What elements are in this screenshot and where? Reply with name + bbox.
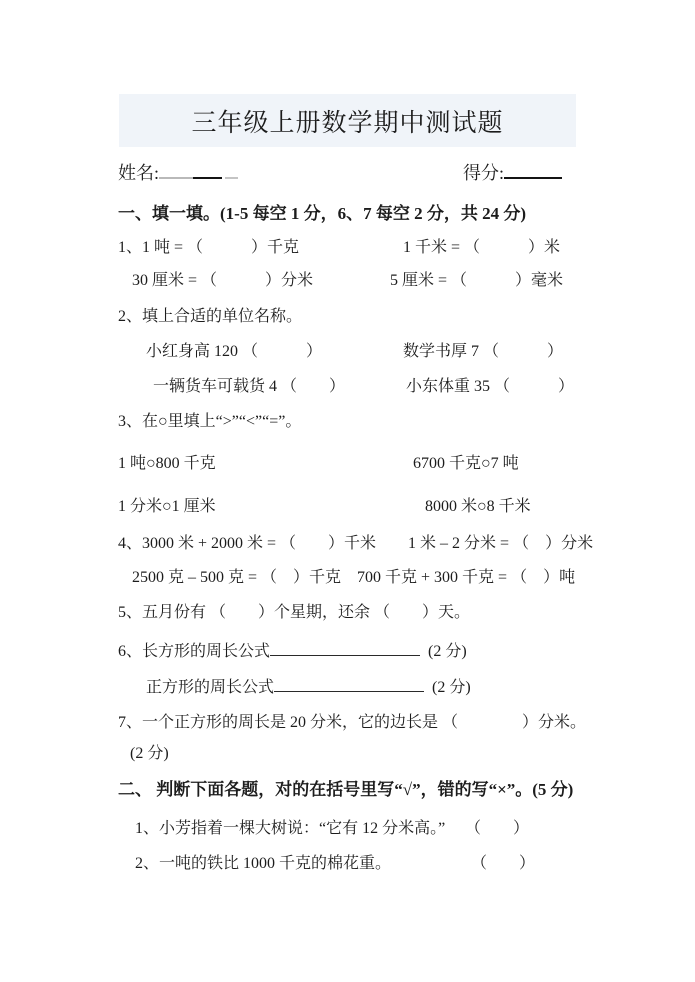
q6-line2-blank-line (274, 676, 424, 692)
q4-line2: 2500 克 – 500 克 = （ ）千克 700 千克 + 300 千克 =… (118, 567, 600, 591)
judge-item-2: 2、一吨的铁比 1000 千克的棉花重。 （ ） (118, 853, 603, 877)
q6-line2: 正方形的周长公式(2 分) (118, 676, 614, 700)
q6-line1-blank-line (270, 640, 420, 656)
name-score-row: 姓名: 得分: (118, 161, 586, 185)
q3-line1: 1 吨○800 千克 6700 千克○7 吨 (118, 453, 586, 477)
q6-line1-label: 6、长方形的周长公式 (118, 643, 270, 660)
page-title: 三年级上册数学期中测试题 (191, 103, 503, 139)
q6-line1-score: (2 分) (428, 643, 467, 660)
q1-line1: 1、1 吨 = （ ）千克 1 千米 = （ ）米 (118, 237, 586, 261)
q2-line2: 一辆货车可载货 4 （ ） 小东体重 35 （ ） (118, 376, 621, 400)
q5-stem: 5、五月份有 （ ）个星期，还余 （ ）天。 (118, 602, 586, 626)
q6-line2-label: 正方形的周长公式 (146, 679, 274, 696)
q2-line2-right: 小东体重 35 （ ） (406, 376, 574, 398)
q3-line2: 1 分米○1 厘米 8000 米○8 千米 (118, 496, 586, 520)
name-blank-line (159, 162, 193, 179)
q2-line1-right: 数学书厚 7 （ ） (403, 341, 563, 363)
judge-item-1: 1、小芳指着一棵大树说：“它有 12 分米高。” （ ） (118, 818, 603, 842)
test-paper-page: 三年级上册数学期中测试题 姓名: 得分: 一、填一填。(1-5 每空 1 分，6… (0, 0, 695, 982)
score-group: 得分: (463, 161, 562, 185)
title-box: 三年级上册数学期中测试题 (119, 94, 576, 147)
q7-stem: 7、一个正方形的周长是 20 分米，它的边长是 （ ）分米。 (118, 712, 586, 736)
q2-line1: 小红身高 120 （ ） 数学书厚 7 （ ） (118, 341, 614, 365)
section2-heading: 二、 判断下面各题，对的在括号里写“√”，错的写“×”。(5 分) (118, 779, 586, 803)
judge-item-1-bracket: （ ） (465, 818, 529, 840)
q1-line2-left: 30 厘米 = （ ）分米 (132, 272, 313, 289)
q6-line2-score: (2 分) (432, 679, 471, 696)
q6-line1: 6、长方形的周长公式(2 分) (118, 640, 586, 664)
name-blank-line-2 (193, 162, 222, 179)
score-label: 得分: (463, 163, 504, 183)
q1-line2: 30 厘米 = （ ）分米 5 厘米 = （ ）毫米 (118, 270, 600, 294)
q3-line2-right: 8000 米○8 千米 (425, 496, 531, 518)
judge-item-2-bracket: （ ） (471, 853, 535, 875)
q3-line1-left: 1 吨○800 千克 (118, 455, 216, 472)
score-blank-line (504, 162, 562, 179)
q1-line2-right: 5 厘米 = （ ）毫米 (390, 270, 563, 292)
q7-score: (2 分) (118, 743, 598, 767)
q3-line2-left: 1 分米○1 厘米 (118, 498, 216, 515)
q1-line1-left: 1、1 吨 = （ ）千克 (118, 239, 299, 256)
section1-heading: 一、填一填。(1-5 每空 1 分，6、7 每空 2 分，共 24 分) (118, 203, 586, 227)
q4-line1: 4、3000 米 + 2000 米 = （ ）千米 1 米 – 2 分米 = （… (118, 533, 586, 557)
judge-item-1-text: 1、小芳指着一棵大树说：“它有 12 分米高。” (135, 820, 445, 837)
q3-stem: 3、在○里填上“>”“<”“=”。 (118, 411, 586, 435)
q1-line1-right: 1 千米 = （ ）米 (403, 237, 560, 259)
q2-line1-left: 小红身高 120 （ ） (146, 343, 322, 360)
q3-line1-right: 6700 千克○7 吨 (413, 453, 519, 475)
judge-item-2-text: 2、一吨的铁比 1000 千克的棉花重。 (135, 855, 391, 872)
name-blank-line-3 (225, 162, 238, 179)
q2-stem: 2、填上合适的单位名称。 (118, 306, 586, 330)
name-label: 姓名: (118, 163, 159, 183)
q2-line2-left: 一辆货车可载货 4 （ ） (153, 378, 345, 395)
